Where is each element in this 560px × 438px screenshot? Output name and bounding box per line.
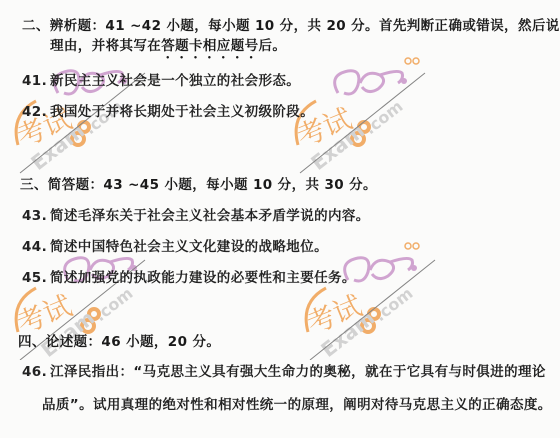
svg-text:.com: .com [91,284,137,326]
question-number: 43. [22,208,50,224]
question-number: 44. [22,239,50,255]
svg-text:Exam: Exam [316,306,379,360]
question-42: 42.我国处于并将长期处于社会主义初级阶段。 [22,104,314,120]
section-2-heading-line1: 二、辨析题：41 ~42 小题，每小题 10 分，共 20 分。首先判断正确或错… [22,18,560,34]
question-text: 新民主主义社会是一个独立的社会形态。 [50,73,300,89]
svg-text:.com: .com [371,284,417,326]
section-3-heading-text: 三、简答题：43 ~45 小题，每小题 10 分，共 30 分。 [20,177,377,193]
section-2-heading-line2-suffix: 后。 [259,38,287,54]
question-number: 41. [22,73,50,89]
svg-text:考试: 考试 [12,289,76,341]
section-2-heading-emphasis: 答题卡相应题号 [161,38,258,54]
question-45: 45.简述加强党的执政能力建设的必要性和主要任务。 [22,270,356,286]
question-text-line2: 品质”。试用真理的绝对性和相对性统一的原理，阐明对待马克思主义的正确态度。 [42,397,552,413]
section-2-heading-continued: 理由，并将其写在答题卡相应题号后。 [50,38,286,62]
question-44: 44.简述中国特色社会主义文化建设的战略地位。 [22,239,328,255]
section-4-heading: 四、论述题：46 小题，20 分。 [18,334,220,350]
section-4-heading-text: 四、论述题：46 小题，20 分。 [18,334,220,350]
svg-text:.com: .com [361,97,407,139]
svg-text:Exam: Exam [306,119,369,175]
svg-text:Exam: Exam [26,119,89,175]
question-43: 43.简述毛泽东关于社会主义社会基本矛盾学说的内容。 [22,208,370,224]
section-2-heading: 二、辨析题：41 ~42 小题，每小题 10 分，共 20 分。首先判断正确或错… [22,18,560,34]
question-number: 46. [22,364,50,380]
watermark-graphic-icon: 考试 .com Exam [290,240,490,360]
question-text-line1: 江泽民指出：“马克思主义具有强大生命力的奥秘，就在于它具有与时俱进的理论 [50,364,546,380]
question-text: 我国处于并将长期处于社会主义初级阶段。 [50,104,314,120]
svg-text:考试: 考试 [302,289,366,341]
section-3-heading: 三、简答题：43 ~45 小题，每小题 10 分，共 30 分。 [20,177,377,193]
question-text: 简述中国特色社会主义文化建设的战略地位。 [50,239,328,255]
svg-text:Exam: Exam [36,306,99,360]
question-text: 简述毛泽东关于社会主义社会基本矛盾学说的内容。 [50,208,370,224]
question-46-continued: 品质”。试用真理的绝对性和相对性统一的原理，阐明对待马克思主义的正确态度。 [42,397,552,413]
question-46: 46.江泽民指出：“马克思主义具有强大生命力的奥秘，就在于它具有与时俱进的理论 [22,364,546,380]
question-number: 42. [22,104,50,120]
section-2-heading-line2-prefix: 理由，并将其写在 [50,38,161,54]
question-41: 41.新民主主义社会是一个独立的社会形态。 [22,73,300,89]
question-text: 简述加强党的执政能力建设的必要性和主要任务。 [50,270,356,286]
exam-page: 考试 .com Exam 考试 .com Exam [0,0,560,438]
watermark-logo: 考试 .com Exam [290,240,490,360]
question-number: 45. [22,270,50,286]
